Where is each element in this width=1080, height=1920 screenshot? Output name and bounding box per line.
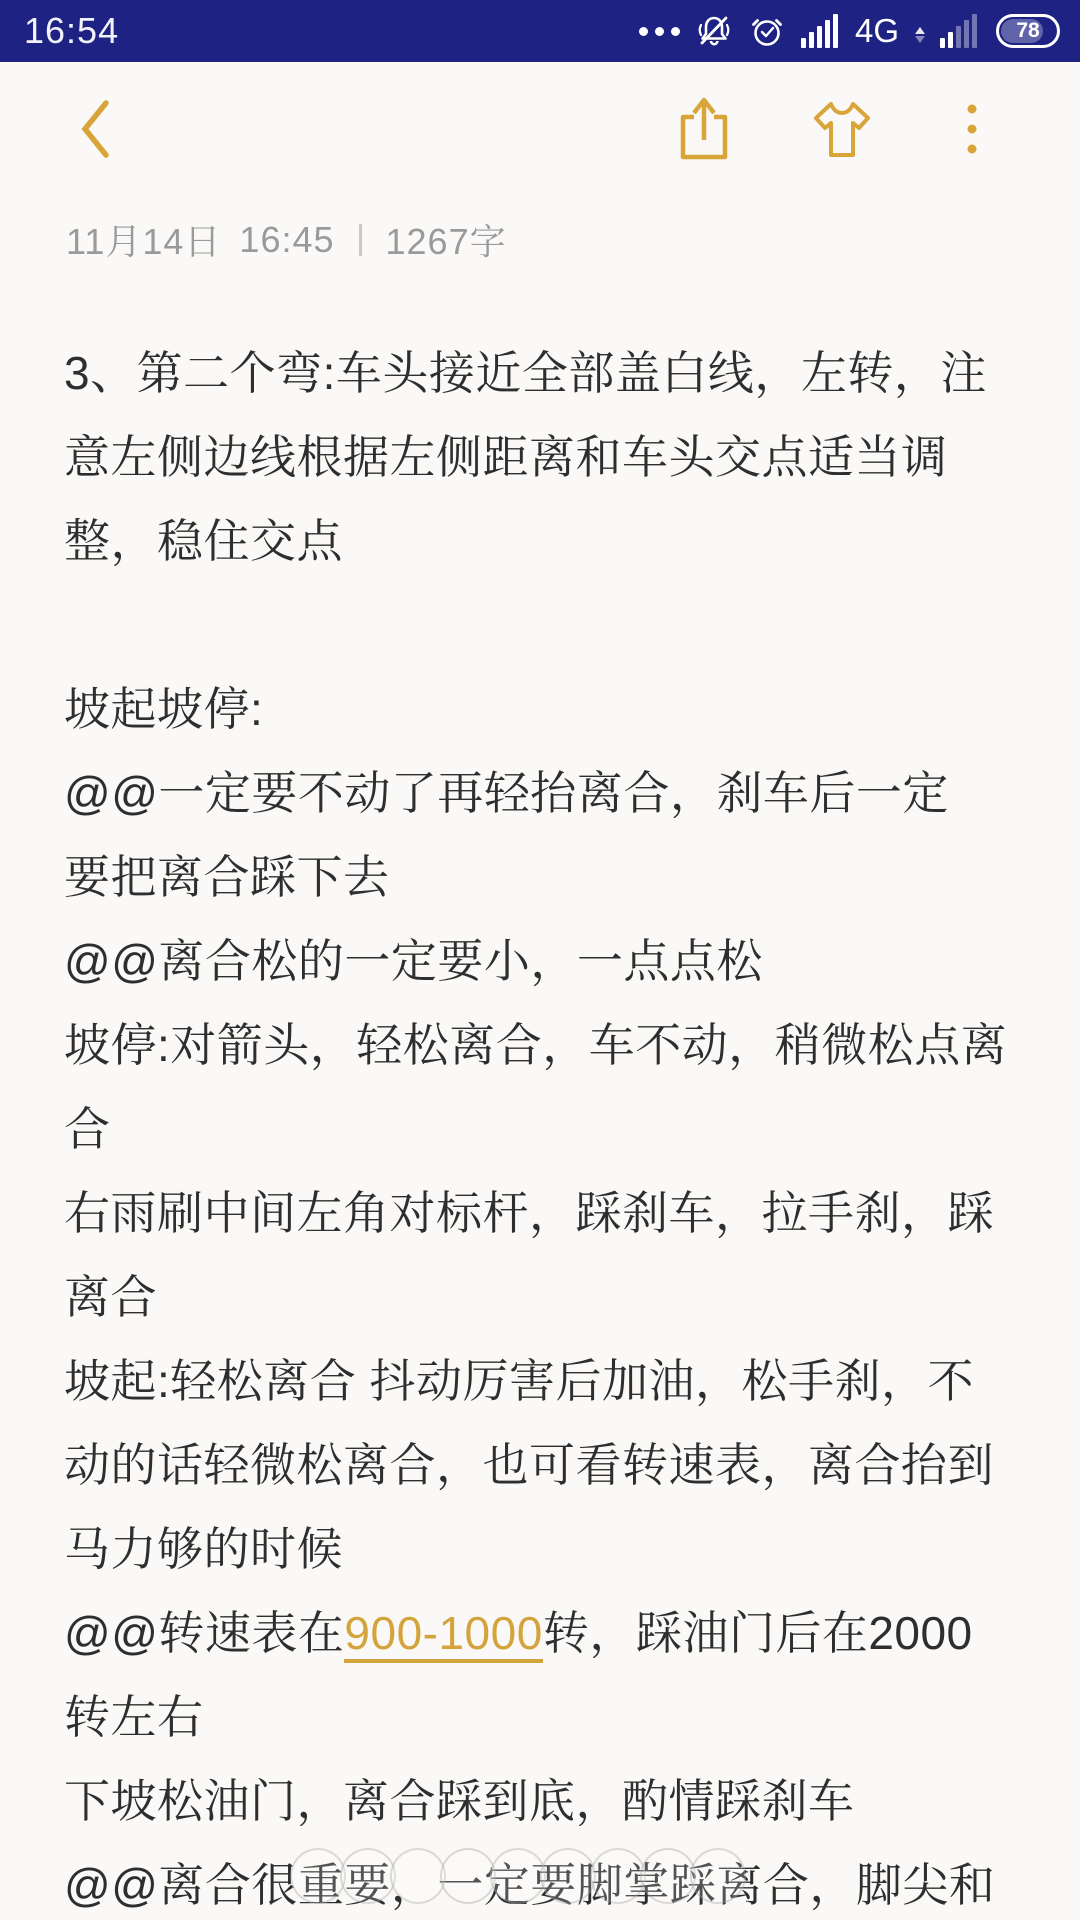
word-count: 1267字 (386, 214, 507, 265)
text-segment: 转左右 (64, 1691, 204, 1743)
back-chevron-icon (76, 98, 112, 165)
note-line: @@离合松的一定要小，一点点松 (64, 919, 1050, 1003)
status-icons: 4G 78 (639, 12, 1060, 50)
text-segment: 下坡松油门，离合踩到底，酌情踩刹车 (64, 1775, 855, 1827)
note-content[interactable]: 3、第二个弯:车头接近全部盖白线，左转，注意左侧边线根据左侧距离和车头交点适当调… (0, 331, 1080, 1920)
note-blank-line (64, 583, 1050, 667)
back-button[interactable] (76, 98, 112, 165)
note-line: 马力够的时候 (64, 1507, 1050, 1591)
menu-button[interactable] (967, 104, 977, 159)
note-line: 合 (64, 1087, 1050, 1171)
note-time: 16:45 (239, 219, 334, 261)
note-line: 意左侧边线根据左侧距离和车头交点适当调 (64, 415, 1050, 499)
text-segment: 坡起坡停: (64, 683, 263, 735)
data-arrows-icon (915, 27, 925, 43)
bell-muted-icon (695, 12, 733, 50)
toolbar-actions (677, 96, 977, 167)
note-line: 转左右 (64, 1675, 1050, 1759)
note-date: 11月14日 (66, 214, 221, 265)
network-type-label: 4G (855, 12, 899, 50)
text-segment: 整，稳住交点 (64, 515, 343, 567)
signal-strength-icon (801, 14, 838, 48)
screen: 16:54 (0, 0, 1080, 1920)
text-segment: 离合 (64, 1271, 157, 1323)
note-line: @@一定要不动了再轻抬离合，刹车后一定 (64, 751, 1050, 835)
note-line: @@离合很重要，一定要脚掌踩离合，脚尖和 (64, 1843, 1050, 1920)
battery-icon: 78 (996, 14, 1060, 48)
text-segment: 合 (64, 1103, 111, 1155)
text-segment: 马力够的时候 (64, 1523, 343, 1575)
note-line: 离合 (64, 1255, 1050, 1339)
laundry-button[interactable] (809, 99, 875, 164)
toolbar (0, 88, 1080, 174)
meta-divider (359, 224, 362, 256)
text-segment: 动的话轻微松离合，也可看转速表，离合抬到 (64, 1439, 994, 1491)
text-segment: 要把离合踩下去 (64, 851, 390, 903)
ellipsis-icon (639, 27, 680, 36)
share-icon (677, 96, 731, 167)
text-segment: 转，踩油门后在2000 (543, 1607, 973, 1659)
note-line: 坡起:轻松离合 抖动厉害后加油，松手刹，不 (64, 1339, 1050, 1423)
overflow-menu-icon (967, 104, 977, 159)
note-meta: 11月14日 16:45 1267字 (0, 214, 1080, 265)
tshirt-icon (809, 99, 875, 164)
note-line: 要把离合踩下去 (64, 835, 1050, 919)
share-button[interactable] (677, 96, 731, 167)
text-segment: 坡起:轻松离合 抖动厉害后加油，松手刹，不 (64, 1355, 974, 1407)
note-line: 坡停:对箭头，轻松离合，车不动，稍微松点离 (64, 1003, 1050, 1087)
text-segment: @@转速表在 (64, 1607, 344, 1659)
text-segment: @@离合很重要，一定要脚掌踩离合，脚尖和 (64, 1859, 995, 1911)
note-line: 3、第二个弯:车头接近全部盖白线，左转，注 (64, 331, 1050, 415)
alarm-clock-icon (748, 12, 786, 50)
note-line: 整，稳住交点 (64, 499, 1050, 583)
note-line: 右雨刷中间左角对标杆，踩刹车，拉手刹，踩 (64, 1171, 1050, 1255)
text-segment: 3、第二个弯:车头接近全部盖白线，左转，注 (64, 347, 987, 399)
text-segment: @@离合松的一定要小，一点点松 (64, 935, 763, 987)
note-line: 动的话轻微松离合，也可看转速表，离合抬到 (64, 1423, 1050, 1507)
highlight-link[interactable]: 900-1000 (344, 1607, 542, 1663)
battery-percent: 78 (1016, 19, 1039, 43)
note-line: @@转速表在900-1000转，踩油门后在2000 (64, 1591, 1050, 1675)
signal-strength-secondary-icon (940, 14, 977, 48)
status-bar: 16:54 (0, 0, 1080, 62)
clock-time: 16:54 (24, 10, 119, 52)
note-line: 坡起坡停: (64, 667, 1050, 751)
text-segment: 右雨刷中间左角对标杆，踩刹车，拉手刹，踩 (64, 1187, 994, 1239)
text-segment: 坡停:对箭头，轻松离合，车不动，稍微松点离 (64, 1019, 1007, 1071)
text-segment: 意左侧边线根据左侧距离和车头交点适当调 (64, 431, 948, 483)
note-line: 下坡松油门，离合踩到底，酌情踩刹车 (64, 1759, 1050, 1843)
text-segment: @@一定要不动了再轻抬离合，刹车后一定 (64, 767, 949, 819)
